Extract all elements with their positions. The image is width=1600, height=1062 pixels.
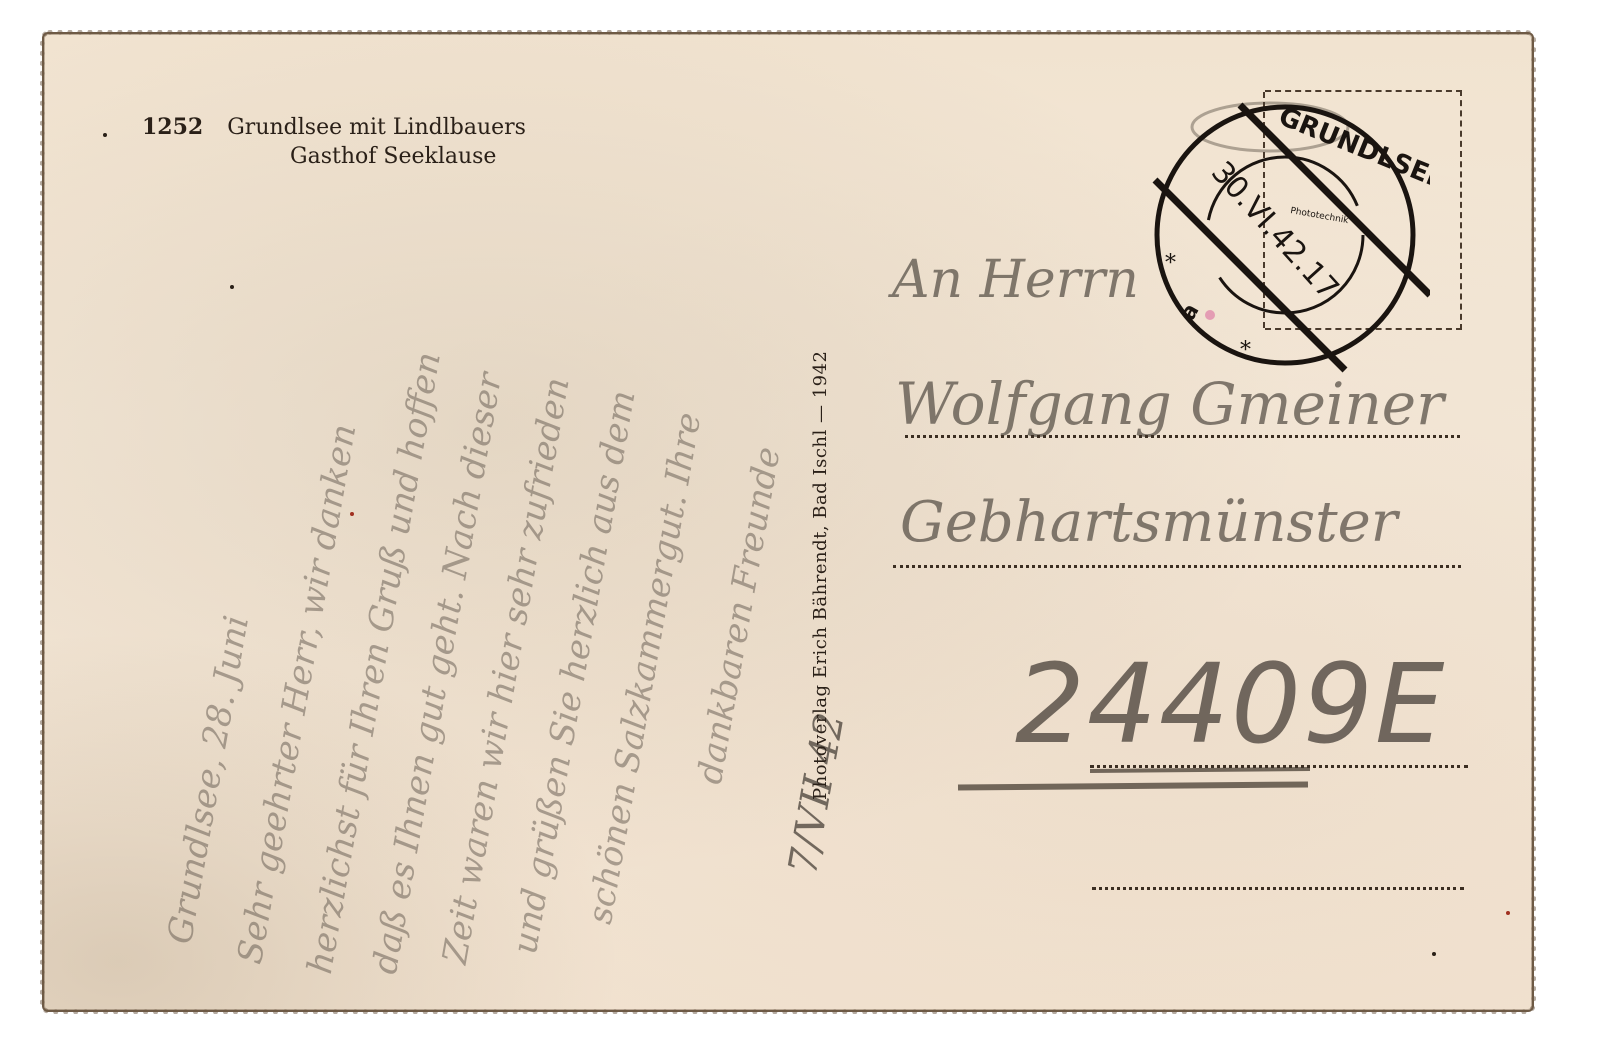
postmark-code: a [1175,299,1204,324]
address-line-4: 24409E [1015,640,1446,768]
publisher-imprint: Photoverlag Erich Bährendt, Bad Ischl — … [810,351,831,801]
address-line-3: Gebhartsmünster [900,490,1398,555]
paper-speck [230,285,234,289]
paper-speck [350,512,354,516]
handwritten-message: Grundlsee, 28. Juni Sehr geehrter Herr, … [150,60,770,960]
postmark-cancellation: GRUNDLSEE 30.VI.42.17 Phototechnik a * * [1140,85,1430,385]
paper-speck [1506,911,1510,915]
paper-speck [1432,952,1436,956]
star-icon: * [1165,251,1176,276]
paper-speck [103,133,107,137]
address-rule [893,565,1461,568]
address-rule [905,435,1460,438]
address-line-1: An Herrn [892,250,1139,310]
address-rule [1092,887,1464,890]
address-line-2: Wolfgang Gmeiner [895,370,1444,438]
star-icon: * [1240,338,1251,363]
